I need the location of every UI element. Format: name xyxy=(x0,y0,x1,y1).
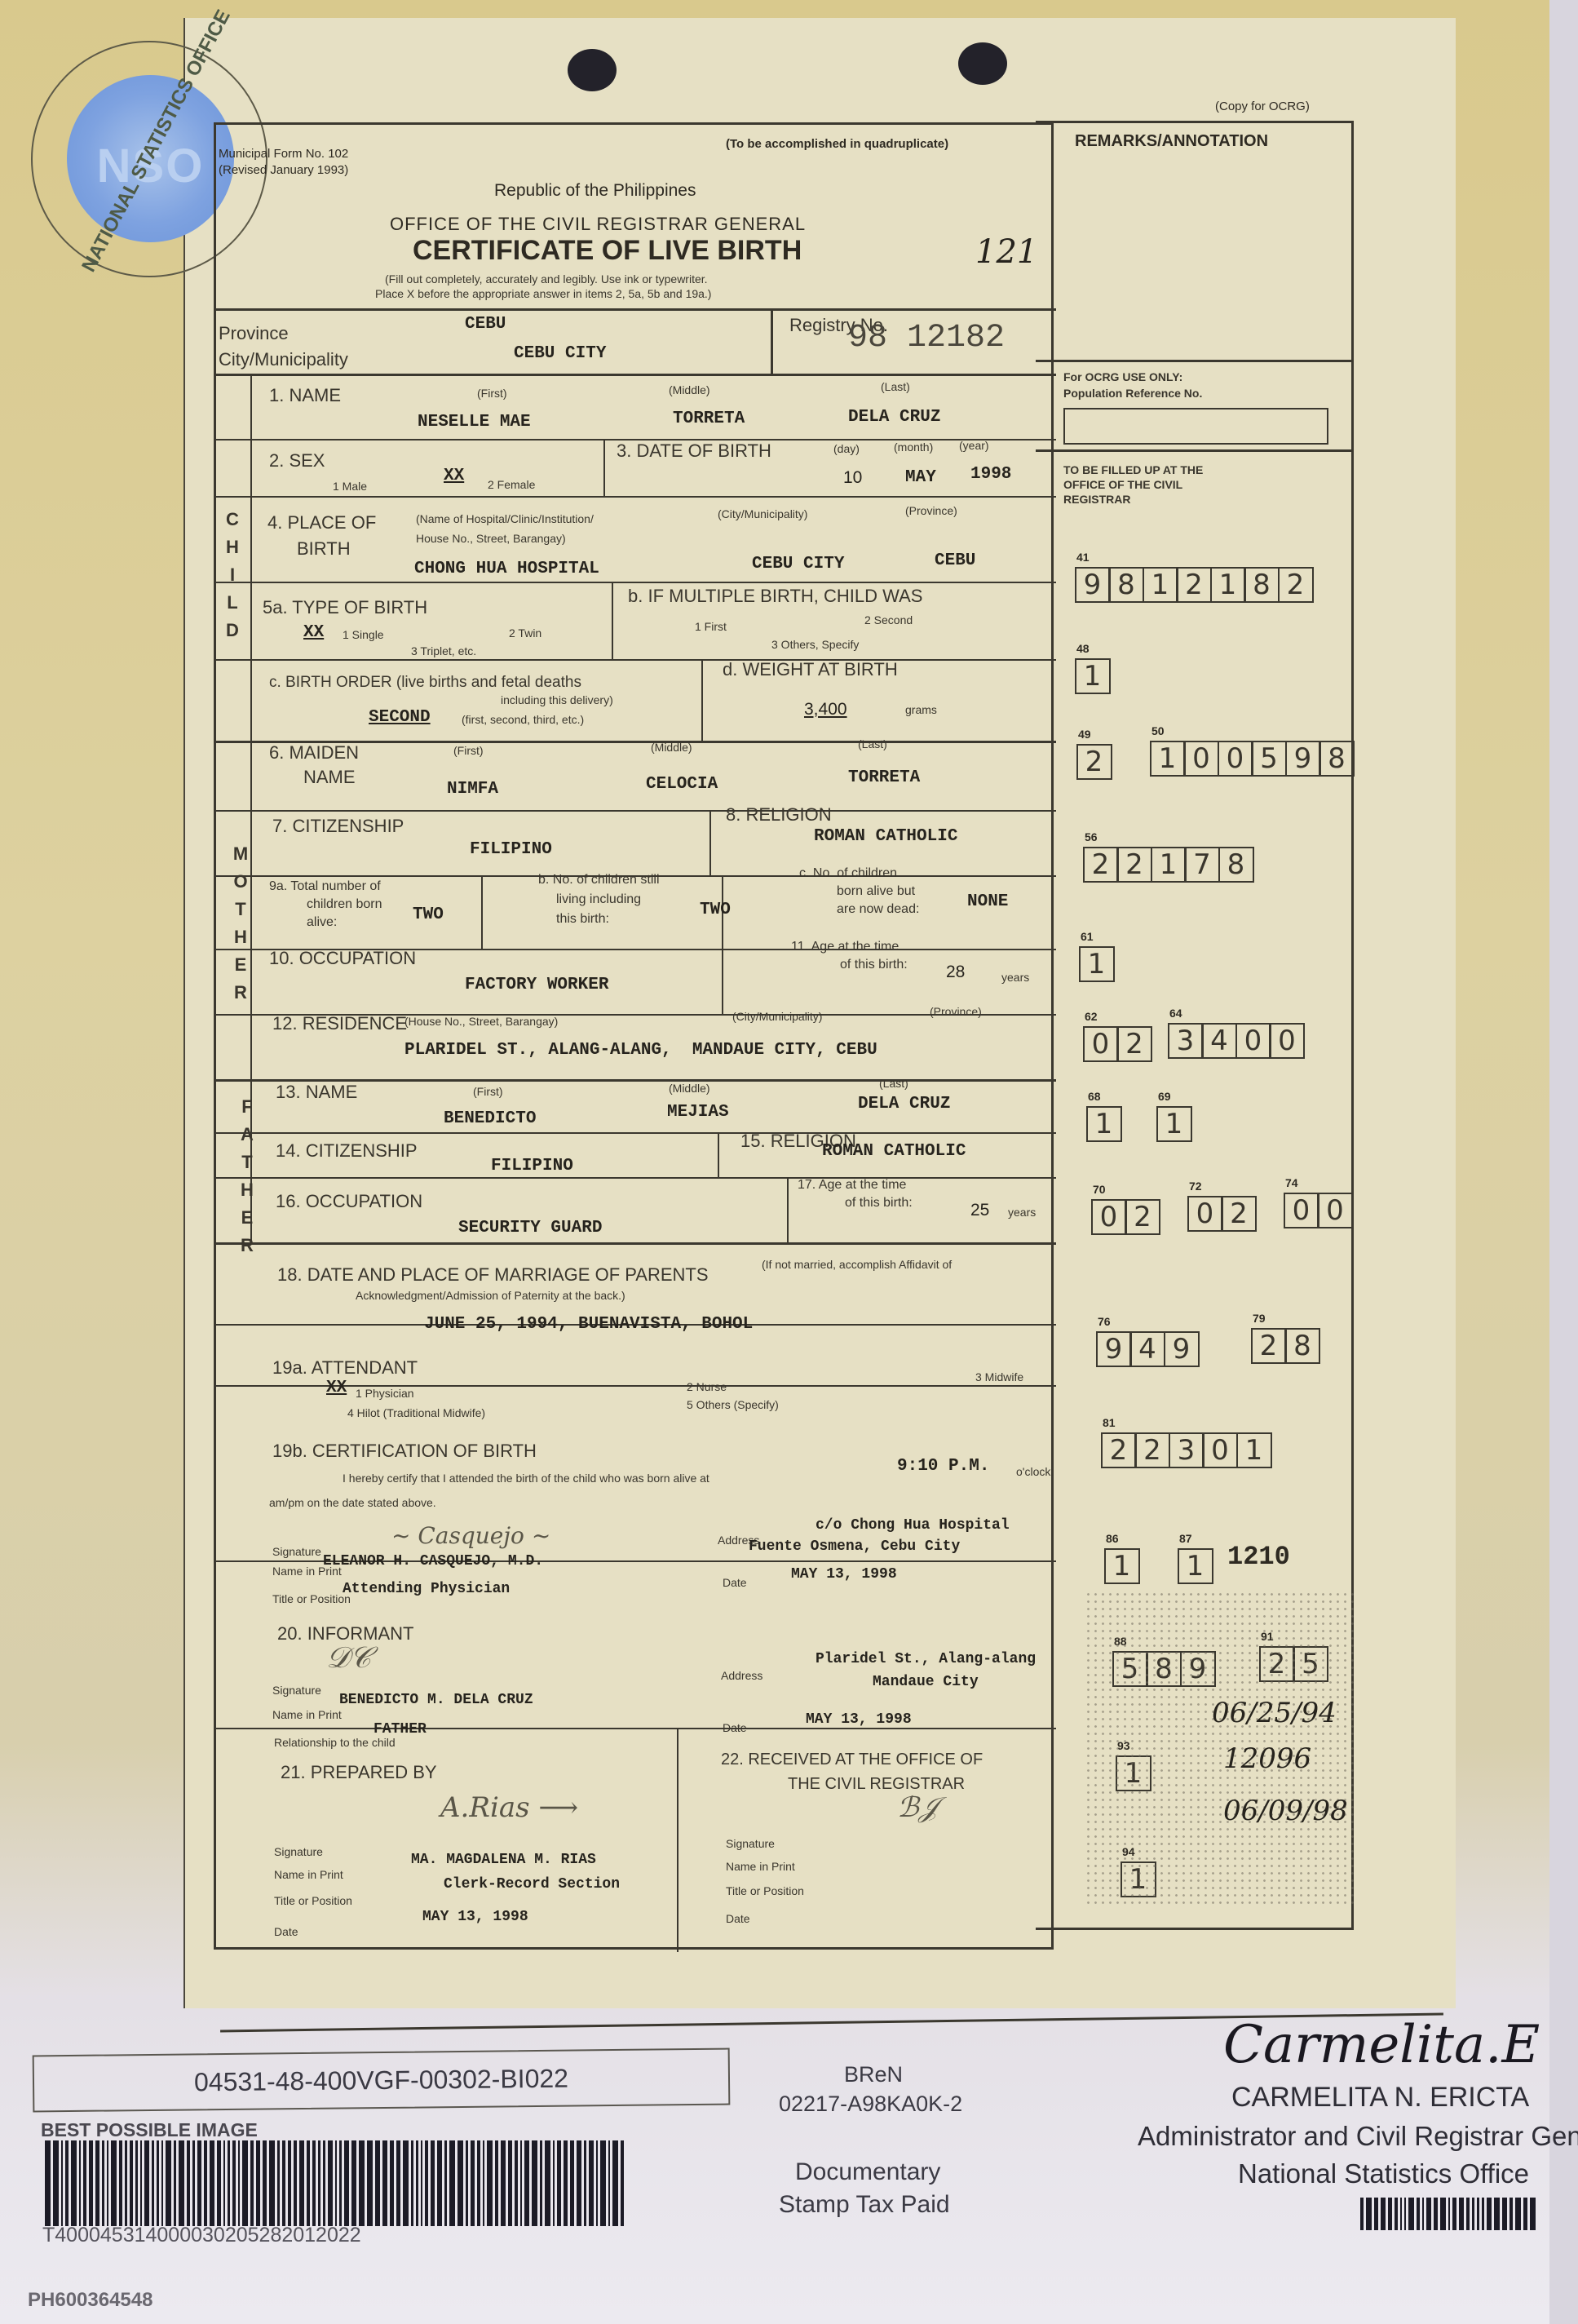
preparer-title: Clerk-Record Section xyxy=(444,1876,620,1892)
barcode-bar xyxy=(425,2140,428,2226)
code-box-number: 74 xyxy=(1285,1176,1298,1189)
serial-number: PH600364548 xyxy=(28,2289,152,2312)
code-box-86: 1 xyxy=(1106,1548,1140,1584)
children-born-alive-value: TWO xyxy=(413,905,444,924)
barcode-bar xyxy=(1530,2198,1536,2230)
signatory-signature: Carmelita.E xyxy=(1223,2015,1540,2075)
barcode-bar xyxy=(1400,2198,1402,2230)
barcode-bar xyxy=(238,2140,240,2226)
code-box-50: 100598 xyxy=(1151,741,1355,777)
barcode-bar xyxy=(232,2140,236,2226)
city-value: CEBU CITY xyxy=(514,344,606,363)
barcode-bar xyxy=(1515,2198,1521,2230)
barcode-bar xyxy=(390,2140,394,2226)
year-label: (year) xyxy=(959,439,989,452)
father-religion-value: ROMAN CATHOLIC xyxy=(822,1142,966,1161)
dob-month: MAY xyxy=(905,468,936,487)
barcode-bar xyxy=(89,2140,93,2226)
date-label: Date xyxy=(723,1576,747,1589)
barcode-bar xyxy=(256,2140,260,2226)
code-box-61: 1 xyxy=(1081,946,1115,982)
code-digit: 1 xyxy=(1075,658,1111,694)
father-age-value: 25 xyxy=(970,1201,989,1220)
code-digit: 1 xyxy=(1086,1106,1122,1142)
sex-female-mark: XX xyxy=(444,467,464,485)
informant-address-1: Plaridel St., Alang-alang xyxy=(816,1651,1036,1667)
code-box-64: 3400 xyxy=(1169,1023,1305,1059)
barcode-bar xyxy=(83,2140,86,2226)
second-option: 2 Second xyxy=(864,613,913,626)
dob-label: 3. DATE OF BIRTH xyxy=(617,440,771,462)
barcode-bar xyxy=(71,2140,77,2226)
code-box-68: 1 xyxy=(1088,1106,1122,1142)
ocrg-use-label: For OCRG USE ONLY: xyxy=(1063,370,1182,383)
child-first-name: NESELLE MAE xyxy=(418,413,531,432)
code-box-81: 22301 xyxy=(1103,1432,1272,1468)
barcode-bar xyxy=(359,2140,365,2226)
barcode-bar xyxy=(263,2140,267,2226)
barcode-bar xyxy=(600,2140,606,2226)
birth-time: 9:10 P.M. xyxy=(897,1457,989,1476)
father-middle-name: MEJIAS xyxy=(667,1103,729,1122)
hospital-label-2: House No., Street, Barangay) xyxy=(416,532,566,545)
barcode-bar xyxy=(1452,2198,1456,2230)
city-label: City/Municipality xyxy=(219,349,348,370)
code-digit: 2 xyxy=(1134,1432,1170,1468)
day-label: (day) xyxy=(833,442,860,455)
maiden-name-label: 6. MAIDEN xyxy=(269,742,359,764)
code-box-number: 76 xyxy=(1098,1315,1111,1328)
barcode-bar xyxy=(187,2140,190,2226)
barcode-bar xyxy=(421,2140,422,2226)
barcode-bar xyxy=(524,2140,529,2226)
population-ref-box xyxy=(1063,408,1328,445)
barcode-bar xyxy=(1366,2198,1372,2230)
child-name-label: 1. NAME xyxy=(269,385,341,406)
father-first-name: BENEDICTO xyxy=(444,1109,536,1128)
birth-city: CEBU CITY xyxy=(752,555,844,573)
code-box-number: 49 xyxy=(1078,728,1091,741)
code-box-41: 9812182 xyxy=(1076,567,1314,603)
barcode-bar xyxy=(166,2140,171,2226)
barcode-bar xyxy=(282,2140,285,2226)
barcode-bar xyxy=(557,2140,561,2226)
signatory-name: CARMELITA N. ERICTA xyxy=(1231,2082,1529,2114)
barcode-bar xyxy=(403,2140,409,2226)
date-label: Date xyxy=(726,1912,750,1925)
barcode-bar xyxy=(197,2140,201,2226)
marriage-label: 18. DATE AND PLACE OF MARRIAGE OF PARENT… xyxy=(277,1264,709,1286)
barcode-bar xyxy=(621,2140,624,2226)
barcode-bar xyxy=(102,2140,104,2226)
code-box-number: 79 xyxy=(1253,1312,1266,1325)
hilot-option: 4 Hilot (Traditional Midwife) xyxy=(347,1406,485,1419)
code-digit: 2 xyxy=(1251,1328,1287,1364)
title-label: Title or Position xyxy=(274,1894,352,1907)
pob-city-label: (City/Municipality) xyxy=(718,507,807,520)
barcode-bar xyxy=(223,2140,225,2226)
children-born-alive-label-3: alive: xyxy=(307,915,337,930)
barcode-bar xyxy=(1395,2198,1398,2230)
code-digit: 2 xyxy=(1116,1026,1152,1062)
code-box-number: 41 xyxy=(1076,551,1090,564)
informant-relationship: FATHER xyxy=(374,1721,427,1737)
barcode-bar xyxy=(471,2140,475,2226)
first-label: (First) xyxy=(473,1085,503,1098)
children-dead-label-2: born alive but xyxy=(837,884,915,899)
barcode-bar xyxy=(1440,2198,1446,2230)
mother-citizenship-label: 7. CITIZENSHIP xyxy=(272,816,404,837)
mother-first-name: NIMFA xyxy=(447,780,498,799)
barcode-bar xyxy=(449,2140,455,2226)
place-of-birth-label: 4. PLACE OF xyxy=(267,512,376,533)
barcode-bar xyxy=(307,2140,310,2226)
place-of-birth-label-2: BIRTH xyxy=(297,538,351,560)
certification-date: MAY 13, 1998 xyxy=(791,1566,897,1583)
received-label: 22. RECEIVED AT THE OFFICE OF xyxy=(721,1751,983,1769)
barcode-bar xyxy=(1426,2198,1431,2230)
code-box-number: 69 xyxy=(1158,1090,1171,1103)
barcode-bar xyxy=(125,2140,127,2226)
physician-address-2: Fuente Osmena, Cebu City xyxy=(749,1538,960,1555)
pob-province-label: (Province) xyxy=(905,504,957,517)
barcode-bar xyxy=(545,2140,550,2226)
punch-hole-right xyxy=(958,42,1007,85)
barcode-bar xyxy=(596,2140,598,2226)
barcode-bar xyxy=(540,2140,542,2226)
code-digit: 8 xyxy=(1244,567,1280,603)
code-box-number: 72 xyxy=(1189,1180,1202,1193)
barcode-bar xyxy=(1459,2198,1464,2230)
code-digit: 4 xyxy=(1129,1331,1165,1367)
birth-order-value: SECOND xyxy=(369,708,431,727)
code-digit: 1 xyxy=(1236,1432,1272,1468)
code-digit: 2 xyxy=(1125,1199,1160,1235)
code-digit: 9 xyxy=(1075,567,1111,603)
children-dead-label-3: are now dead: xyxy=(837,902,919,917)
dob-day: 10 xyxy=(843,468,862,488)
last-label: (Last) xyxy=(879,1077,908,1090)
code-digit: 1 xyxy=(1150,741,1186,777)
code-digit: 0 xyxy=(1218,741,1253,777)
birth-order-hint: (first, second, third, etc.) xyxy=(462,713,584,726)
code-box-number: 62 xyxy=(1085,1010,1098,1023)
punch-hole-left xyxy=(568,49,617,91)
barcode-bar xyxy=(1388,2198,1392,2230)
maiden-name-label-2: NAME xyxy=(303,767,356,788)
code-digit: 1 xyxy=(1210,567,1246,603)
barcode-bar xyxy=(288,2140,291,2226)
barcode-bar xyxy=(95,2140,99,2226)
code-box-69: 1 xyxy=(1158,1106,1192,1142)
barcode-bar xyxy=(457,2140,463,2226)
children-living-value: TWO xyxy=(700,901,731,919)
residence-city-label: (City/Municipality) xyxy=(732,1010,822,1023)
handwritten-date-2: 06/09/98 xyxy=(1223,1795,1348,1827)
mother-age-label-2: of this birth: xyxy=(840,958,908,972)
code-digit: 2 xyxy=(1076,744,1112,780)
fill-up-label: TO BE FILLED UP AT THE xyxy=(1063,463,1203,476)
marriage-note: (If not married, accomplish Affidavit of xyxy=(762,1258,952,1271)
mother-age-unit: years xyxy=(1001,971,1029,984)
barcode-bar xyxy=(1422,2198,1424,2230)
name-in-print-label: Name in Print xyxy=(272,1708,342,1721)
month-label: (month) xyxy=(894,440,933,454)
barcode-bar xyxy=(228,2140,230,2226)
children-living-label-2: living including xyxy=(556,892,641,907)
barcode-bar xyxy=(508,2140,512,2226)
code-digit: 1 xyxy=(1178,1548,1213,1584)
certification-label: 19b. CERTIFICATION OF BIRTH xyxy=(272,1441,537,1462)
preparer-date: MAY 13, 1998 xyxy=(422,1909,528,1925)
birth-province: CEBU xyxy=(935,551,975,570)
address-label: Address xyxy=(721,1669,762,1682)
barcode-bar xyxy=(204,2140,207,2226)
code-box-number: 87 xyxy=(1179,1532,1192,1545)
barcode-bar xyxy=(1487,2198,1492,2230)
province-label: Province xyxy=(219,323,289,344)
barcode-bar xyxy=(612,2140,618,2226)
children-born-alive-label: 9a. Total number of xyxy=(269,879,381,894)
residence-street-label: (House No., Street, Barangay) xyxy=(404,1015,558,1028)
code-box-number: 86 xyxy=(1106,1532,1119,1545)
barcode-bar xyxy=(396,2140,400,2226)
code-digit: 1 xyxy=(1151,847,1187,883)
twin-option: 2 Twin xyxy=(509,626,541,640)
bren-value: 02217-A98KA0K-2 xyxy=(779,2092,962,2117)
barcode-bar xyxy=(487,2140,493,2226)
code-box-number: 61 xyxy=(1081,930,1094,943)
signature-label: Signature xyxy=(274,1845,323,1858)
barcode-bar xyxy=(130,2140,133,2226)
code-box-49: 2 xyxy=(1078,744,1112,780)
others-option: 3 Others, Specify xyxy=(771,638,859,651)
code-digit: 3 xyxy=(1169,1432,1204,1468)
code-box-48: 1 xyxy=(1076,658,1111,694)
attendant-label: 19a. ATTENDANT xyxy=(272,1357,418,1379)
single-birth-mark: XX xyxy=(303,623,324,642)
stamp-tax-label-2: Stamp Tax Paid xyxy=(779,2191,950,2219)
code-digit: 8 xyxy=(1218,847,1254,883)
code-box-number: 70 xyxy=(1093,1183,1106,1196)
hospital-label: (Name of Hospital/Clinic/Institution/ xyxy=(416,512,594,525)
secondary-barcode[interactable] xyxy=(1360,2198,1538,2230)
code-digit: 9 xyxy=(1096,1331,1132,1367)
code-box-number: 48 xyxy=(1076,642,1090,655)
barcode-bar xyxy=(152,2140,154,2226)
signature-label: Signature xyxy=(726,1837,775,1850)
mother-section-label: MOTHER xyxy=(230,840,251,1007)
last-label: (Last) xyxy=(881,380,910,393)
fill-up-label-2: OFFICE OF THE CIVIL xyxy=(1063,478,1182,491)
sex-male-option: 1 Male xyxy=(284,480,367,493)
code-digit: 3 xyxy=(1168,1023,1204,1059)
residence-value: PLARIDEL ST., ALANG-ALANG, MANDAUE CITY,… xyxy=(404,1041,877,1060)
code-digit: 0 xyxy=(1091,1199,1127,1235)
code-digit: 2 xyxy=(1101,1432,1137,1468)
informant-signature: 𝒟𝒞 xyxy=(326,1641,371,1675)
code-box-76: 949 xyxy=(1098,1331,1200,1367)
barcode-bar xyxy=(161,2140,163,2226)
barcode-bar xyxy=(242,2140,248,2226)
physician-title: Attending Physician xyxy=(343,1581,510,1597)
middle-label: (Middle) xyxy=(669,383,710,396)
birth-order-label-2: including this delivery) xyxy=(501,693,613,706)
code-box-74: 00 xyxy=(1285,1193,1353,1228)
registrar-signature: ℬ𝒥 xyxy=(897,1791,938,1824)
children-born-alive-label-2: children born xyxy=(307,897,382,912)
weight-unit: grams xyxy=(905,703,937,716)
first-label: (First) xyxy=(477,387,507,400)
physician-signature: ~ Casquejo ~ xyxy=(391,1522,550,1549)
code-digit: 1 xyxy=(1143,567,1178,603)
code-digit: 0 xyxy=(1183,741,1219,777)
code-box-87: 1 xyxy=(1179,1548,1213,1584)
barcode-bar xyxy=(382,2140,387,2226)
child-section-label: CHILD xyxy=(222,506,243,644)
barcode-bar xyxy=(483,2140,484,2226)
sex-female-option: 2 Female xyxy=(488,478,535,491)
registry-value: 98 12182 xyxy=(848,320,1005,356)
residence-province-label: (Province) xyxy=(930,1005,982,1018)
code-box-72: 02 xyxy=(1189,1196,1257,1232)
marriage-note-2: Acknowledgment/Admission of Paternity at… xyxy=(356,1289,625,1302)
barcode-bar xyxy=(1381,2198,1386,2230)
barcode-bar xyxy=(1502,2198,1507,2230)
code-digit: 8 xyxy=(1284,1328,1320,1364)
father-age-label: 17. Age at the time xyxy=(798,1178,906,1193)
midwife-option: 3 Midwife xyxy=(975,1370,1023,1383)
code-digit: 9 xyxy=(1164,1331,1200,1367)
barcode-bar xyxy=(501,2140,506,2226)
barcode-bar xyxy=(111,2140,117,2226)
barcode-bar xyxy=(339,2140,342,2226)
code-digit: 8 xyxy=(1108,567,1144,603)
sex-label: 2. SEX xyxy=(269,450,325,471)
barcode[interactable] xyxy=(45,2140,626,2226)
child-last-name: DELA CRUZ xyxy=(848,408,940,427)
code-digit: 4 xyxy=(1201,1023,1237,1059)
barcode-bar xyxy=(192,2140,195,2226)
barcode-text: T4000453140000302052820120​22 xyxy=(42,2224,361,2247)
weight-label: d. WEIGHT AT BIRTH xyxy=(723,659,898,680)
barcode-bar xyxy=(515,2140,518,2226)
name-in-print-label: Name in Print xyxy=(274,1868,343,1881)
father-section-label: FATHER xyxy=(236,1093,258,1260)
barcode-bar xyxy=(477,2140,480,2226)
children-dead-label: c. No. of children xyxy=(799,866,897,881)
signatory-office: National Statistics Office xyxy=(1238,2158,1529,2189)
barcode-bar xyxy=(520,2140,522,2226)
barcode-bar xyxy=(375,2140,380,2226)
title-label: Title or Position xyxy=(272,1592,351,1605)
bren-label: BReN xyxy=(844,2062,903,2087)
barcode-bar xyxy=(466,2140,468,2226)
father-citizenship-value: FILIPINO xyxy=(491,1157,573,1175)
barcode-bar xyxy=(1360,2198,1364,2230)
stamp-tax-label: Documentary xyxy=(795,2158,940,2186)
province-value: CEBU xyxy=(465,315,506,334)
physician-mark: XX xyxy=(326,1379,347,1397)
barcode-bar xyxy=(351,2140,356,2226)
barcode-bar xyxy=(564,2140,568,2226)
mother-citizenship-value: FILIPINO xyxy=(470,840,552,859)
code-box-79: 28 xyxy=(1253,1328,1320,1364)
code-digit: 0 xyxy=(1269,1023,1305,1059)
code-digit: 2 xyxy=(1116,847,1152,883)
barcode-bar xyxy=(416,2140,418,2226)
informant-name: BENEDICTO M. DELA CRUZ xyxy=(339,1692,533,1708)
fill-up-label-3: REGISTRAR xyxy=(1063,493,1130,506)
father-last-name: DELA CRUZ xyxy=(858,1095,950,1113)
child-middle-name: TORRETA xyxy=(673,409,745,428)
name-in-print-label: Name in Print xyxy=(726,1860,795,1873)
date-label: Date xyxy=(723,1721,747,1734)
title-label: Title or Position xyxy=(726,1884,804,1897)
barcode-bar xyxy=(1466,2198,1470,2230)
barcode-bar xyxy=(1472,2198,1474,2230)
children-living-label-3: this birth: xyxy=(556,912,609,927)
mother-age-value: 28 xyxy=(946,963,965,982)
barcode-bar xyxy=(144,2140,149,2226)
code-digit: 2 xyxy=(1083,847,1119,883)
barcode-bar xyxy=(589,2140,594,2226)
code-box-56: 22178 xyxy=(1085,847,1254,883)
barcode-bar xyxy=(53,2140,59,2226)
barcode-bar xyxy=(1417,2198,1420,2230)
certification-text-2: am/pm on the date stated above. xyxy=(269,1496,436,1509)
code-digit: 0 xyxy=(1202,1432,1238,1468)
father-occupation-value: SECURITY GUARD xyxy=(458,1219,602,1237)
code-digit: 2 xyxy=(1176,567,1212,603)
barcode-bar xyxy=(1434,2198,1438,2230)
barcode-bar xyxy=(217,2140,221,2226)
barcode-bar xyxy=(553,2140,555,2226)
father-occupation-label: 16. OCCUPATION xyxy=(276,1191,422,1212)
barcode-bar xyxy=(210,2140,214,2226)
informant-address-2: Mandaue City xyxy=(873,1674,979,1690)
code-digit: 8 xyxy=(1319,741,1355,777)
halftone-stamp xyxy=(1085,1591,1354,1909)
middle-label: (Middle) xyxy=(669,1082,710,1095)
barcode-bar xyxy=(107,2140,108,2226)
last-label: (Last) xyxy=(858,737,887,750)
code-digit: 1 xyxy=(1104,1548,1140,1584)
code-digit: 0 xyxy=(1187,1196,1223,1232)
single-option: 1 Single xyxy=(343,628,384,641)
barcode-bar xyxy=(1477,2198,1479,2230)
code-digit: 5 xyxy=(1251,741,1287,777)
barcode-bar xyxy=(495,2140,498,2226)
father-age-label-2: of this birth: xyxy=(845,1196,913,1211)
relationship-label: Relationship to the child xyxy=(274,1736,396,1749)
father-citizenship-label: 14. CITIZENSHIP xyxy=(276,1140,418,1162)
code-digit: 0 xyxy=(1284,1193,1319,1228)
barcode-bar xyxy=(45,2140,51,2226)
barcode-bar xyxy=(1404,2198,1406,2230)
barcode-bar xyxy=(323,2140,325,2226)
signatory-title: Administrator and Civil Registrar Genera… xyxy=(1138,2121,1578,2152)
barcode-bar xyxy=(444,2140,447,2226)
code-digit: 0 xyxy=(1083,1026,1119,1062)
signature-label: Signature xyxy=(272,1684,321,1697)
nurse-option: 2 Nurse xyxy=(687,1380,727,1393)
code-box-number: 56 xyxy=(1085,830,1098,843)
father-age-unit: years xyxy=(1008,1206,1036,1219)
children-dead-value: NONE xyxy=(967,892,1008,911)
copy-note: (Copy for OCRG) xyxy=(1215,100,1310,113)
signature-label: Signature xyxy=(272,1545,321,1558)
